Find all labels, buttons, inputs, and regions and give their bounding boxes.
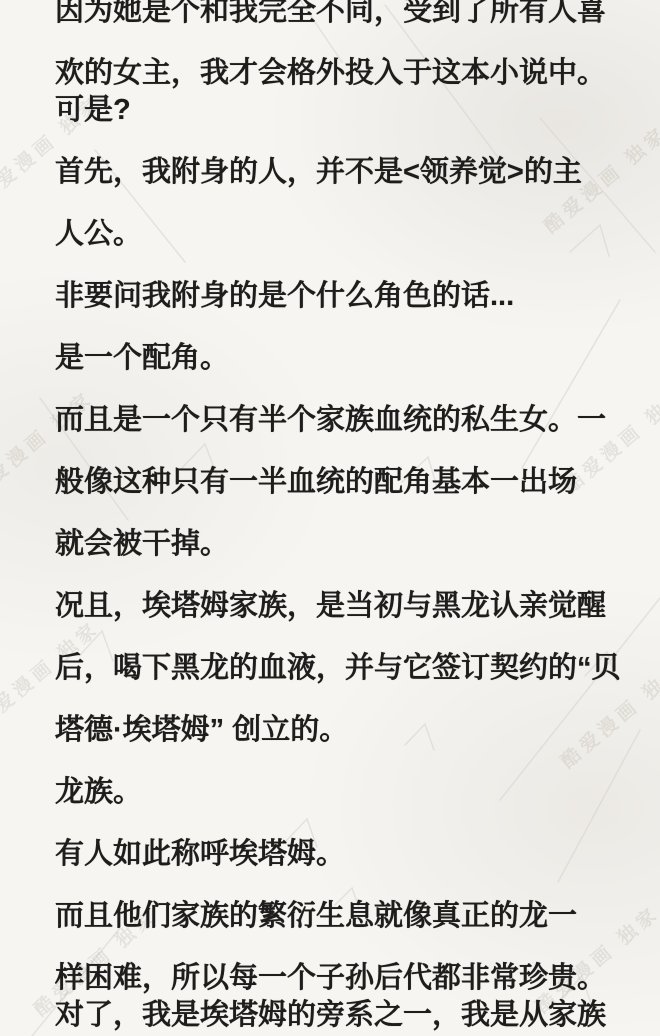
text-line: 是一个配角。	[55, 343, 660, 374]
novel-text-page: 酷爱漫画 独家 酷爱漫画 独家 酷爱漫画 独家 酷爱漫画 独家 酷爱漫画 独家 …	[0, 0, 660, 1036]
text-line: 对了，我是埃塔姆的旁系之一，我是从家族	[55, 1000, 660, 1031]
text-line: 后，喝下黑龙的血液，并与它签订契约的“贝	[55, 653, 660, 684]
text-line: 因为她是个和我完全不同，受到了所有人喜	[55, 0, 660, 27]
text-line: 欢的女主，我才会格外投入于这本小说中。	[55, 58, 660, 89]
text-line: 就会被干掉。	[55, 529, 660, 560]
text-line: 而且他们家族的繁衍生息就像真正的龙一	[55, 901, 660, 932]
novel-text-body: 因为她是个和我完全不同，受到了所有人喜欢的女主，我才会格外投入于这本小说中。可是…	[0, 0, 660, 1031]
text-line: 非要问我附身的是个什么角色的话...	[55, 281, 660, 312]
text-line: 塔德·埃塔姆” 创立的。	[55, 715, 660, 746]
text-line: 龙族。	[55, 777, 660, 808]
text-line: 可是?	[55, 95, 660, 126]
text-line: 首先，我附身的人，并不是<领养觉>的主	[55, 157, 660, 188]
text-line: 般像这种只有一半血统的配角基本一出场	[55, 467, 660, 498]
text-line: 人公。	[55, 219, 660, 250]
text-line: 况且，埃塔姆家族，是当初与黑龙认亲觉醒	[55, 591, 660, 622]
text-line: 样困难，所以每一个子孙后代都非常珍贵。	[55, 963, 660, 994]
text-line: 而且是一个只有半个家族血统的私生女。一	[55, 405, 660, 436]
text-line: 有人如此称呼埃塔姆。	[55, 839, 660, 870]
